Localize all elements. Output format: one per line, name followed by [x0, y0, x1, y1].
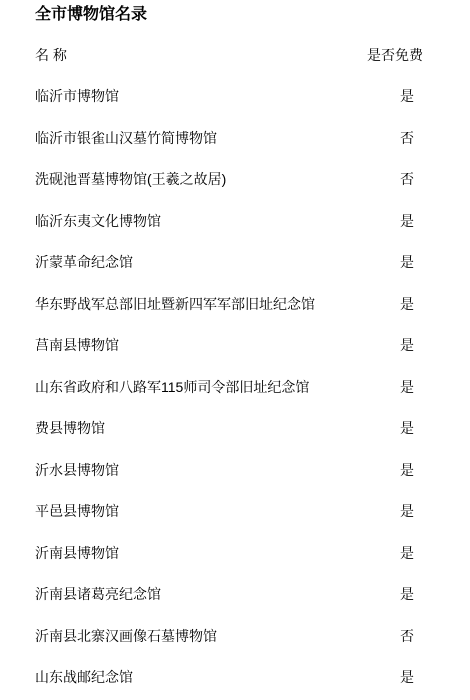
table-body: 临沂市博物馆 是 临沂市银雀山汉墓竹简博物馆 否 洗砚池晋墓博物馆(王羲之故居)… — [35, 76, 447, 699]
free-status: 是 — [367, 449, 447, 491]
free-status: 是 — [367, 574, 447, 616]
museum-name: 沂南县诸葛亮纪念馆 — [35, 574, 367, 616]
table-row: 平邑县博物馆 是 — [35, 491, 447, 533]
table-row: 山东省政府和八路军115师司令部旧址纪念馆 是 — [35, 366, 447, 408]
table-row: 沂南县诸葛亮纪念馆 是 — [35, 574, 447, 616]
free-status: 是 — [367, 657, 447, 699]
museum-name: 沂水县博物馆 — [35, 449, 367, 491]
free-status: 是 — [367, 491, 447, 533]
museum-name: 山东战邮纪念馆 — [35, 657, 367, 699]
free-status: 是 — [367, 325, 447, 367]
free-status: 否 — [367, 615, 447, 657]
free-status: 是 — [367, 242, 447, 284]
table-row: 沂水县博物馆 是 — [35, 449, 447, 491]
museum-name: 临沂东夷文化博物馆 — [35, 200, 367, 242]
museum-name: 沂南县北寨汉画像石墓博物馆 — [35, 615, 367, 657]
museum-name: 莒南县博物馆 — [35, 325, 367, 367]
museum-name: 费县博物馆 — [35, 408, 367, 450]
free-status: 是 — [367, 532, 447, 574]
table-row: 临沂市博物馆 是 — [35, 76, 447, 118]
table-header: 名 称 是否免费 — [35, 34, 447, 76]
free-status: 是 — [367, 366, 447, 408]
museum-table: 名 称 是否免费 临沂市博物馆 是 临沂市银雀山汉墓竹简博物馆 否 洗砚池晋墓博… — [35, 34, 447, 698]
museum-name: 临沂市博物馆 — [35, 76, 367, 118]
table-row: 洗砚池晋墓博物馆(王羲之故居) 否 — [35, 159, 447, 201]
table-row: 沂南县北寨汉画像石墓博物馆 否 — [35, 615, 447, 657]
table-row: 沂蒙革命纪念馆 是 — [35, 242, 447, 284]
museum-name: 临沂市银雀山汉墓竹简博物馆 — [35, 117, 367, 159]
free-status: 否 — [367, 117, 447, 159]
column-header-free: 是否免费 — [367, 34, 447, 76]
free-status: 是 — [367, 200, 447, 242]
table-row: 莒南县博物馆 是 — [35, 325, 447, 367]
free-status: 是 — [367, 408, 447, 450]
table-row: 山东战邮纪念馆 是 — [35, 657, 447, 699]
museum-name: 沂南县博物馆 — [35, 532, 367, 574]
museum-name: 洗砚池晋墓博物馆(王羲之故居) — [35, 159, 367, 201]
free-status: 否 — [367, 159, 447, 201]
museum-name: 平邑县博物馆 — [35, 491, 367, 533]
table-row: 费县博物馆 是 — [35, 408, 447, 450]
free-status: 是 — [367, 283, 447, 325]
page-title: 全市博物馆名录 — [35, 5, 470, 24]
free-status: 是 — [367, 76, 447, 118]
museum-name: 沂蒙革命纪念馆 — [35, 242, 367, 284]
table-header-row: 名 称 是否免费 — [35, 34, 447, 76]
museum-directory-page: 全市博物馆名录 名 称 是否免费 临沂市博物馆 是 临沂市银雀山汉墓竹简博物馆 … — [0, 0, 470, 698]
table-row: 华东野战军总部旧址暨新四军军部旧址纪念馆 是 — [35, 283, 447, 325]
museum-name: 华东野战军总部旧址暨新四军军部旧址纪念馆 — [35, 283, 367, 325]
column-header-name: 名 称 — [35, 34, 367, 76]
table-row: 临沂市银雀山汉墓竹简博物馆 否 — [35, 117, 447, 159]
table-row: 沂南县博物馆 是 — [35, 532, 447, 574]
table-row: 临沂东夷文化博物馆 是 — [35, 200, 447, 242]
museum-name: 山东省政府和八路军115师司令部旧址纪念馆 — [35, 366, 367, 408]
